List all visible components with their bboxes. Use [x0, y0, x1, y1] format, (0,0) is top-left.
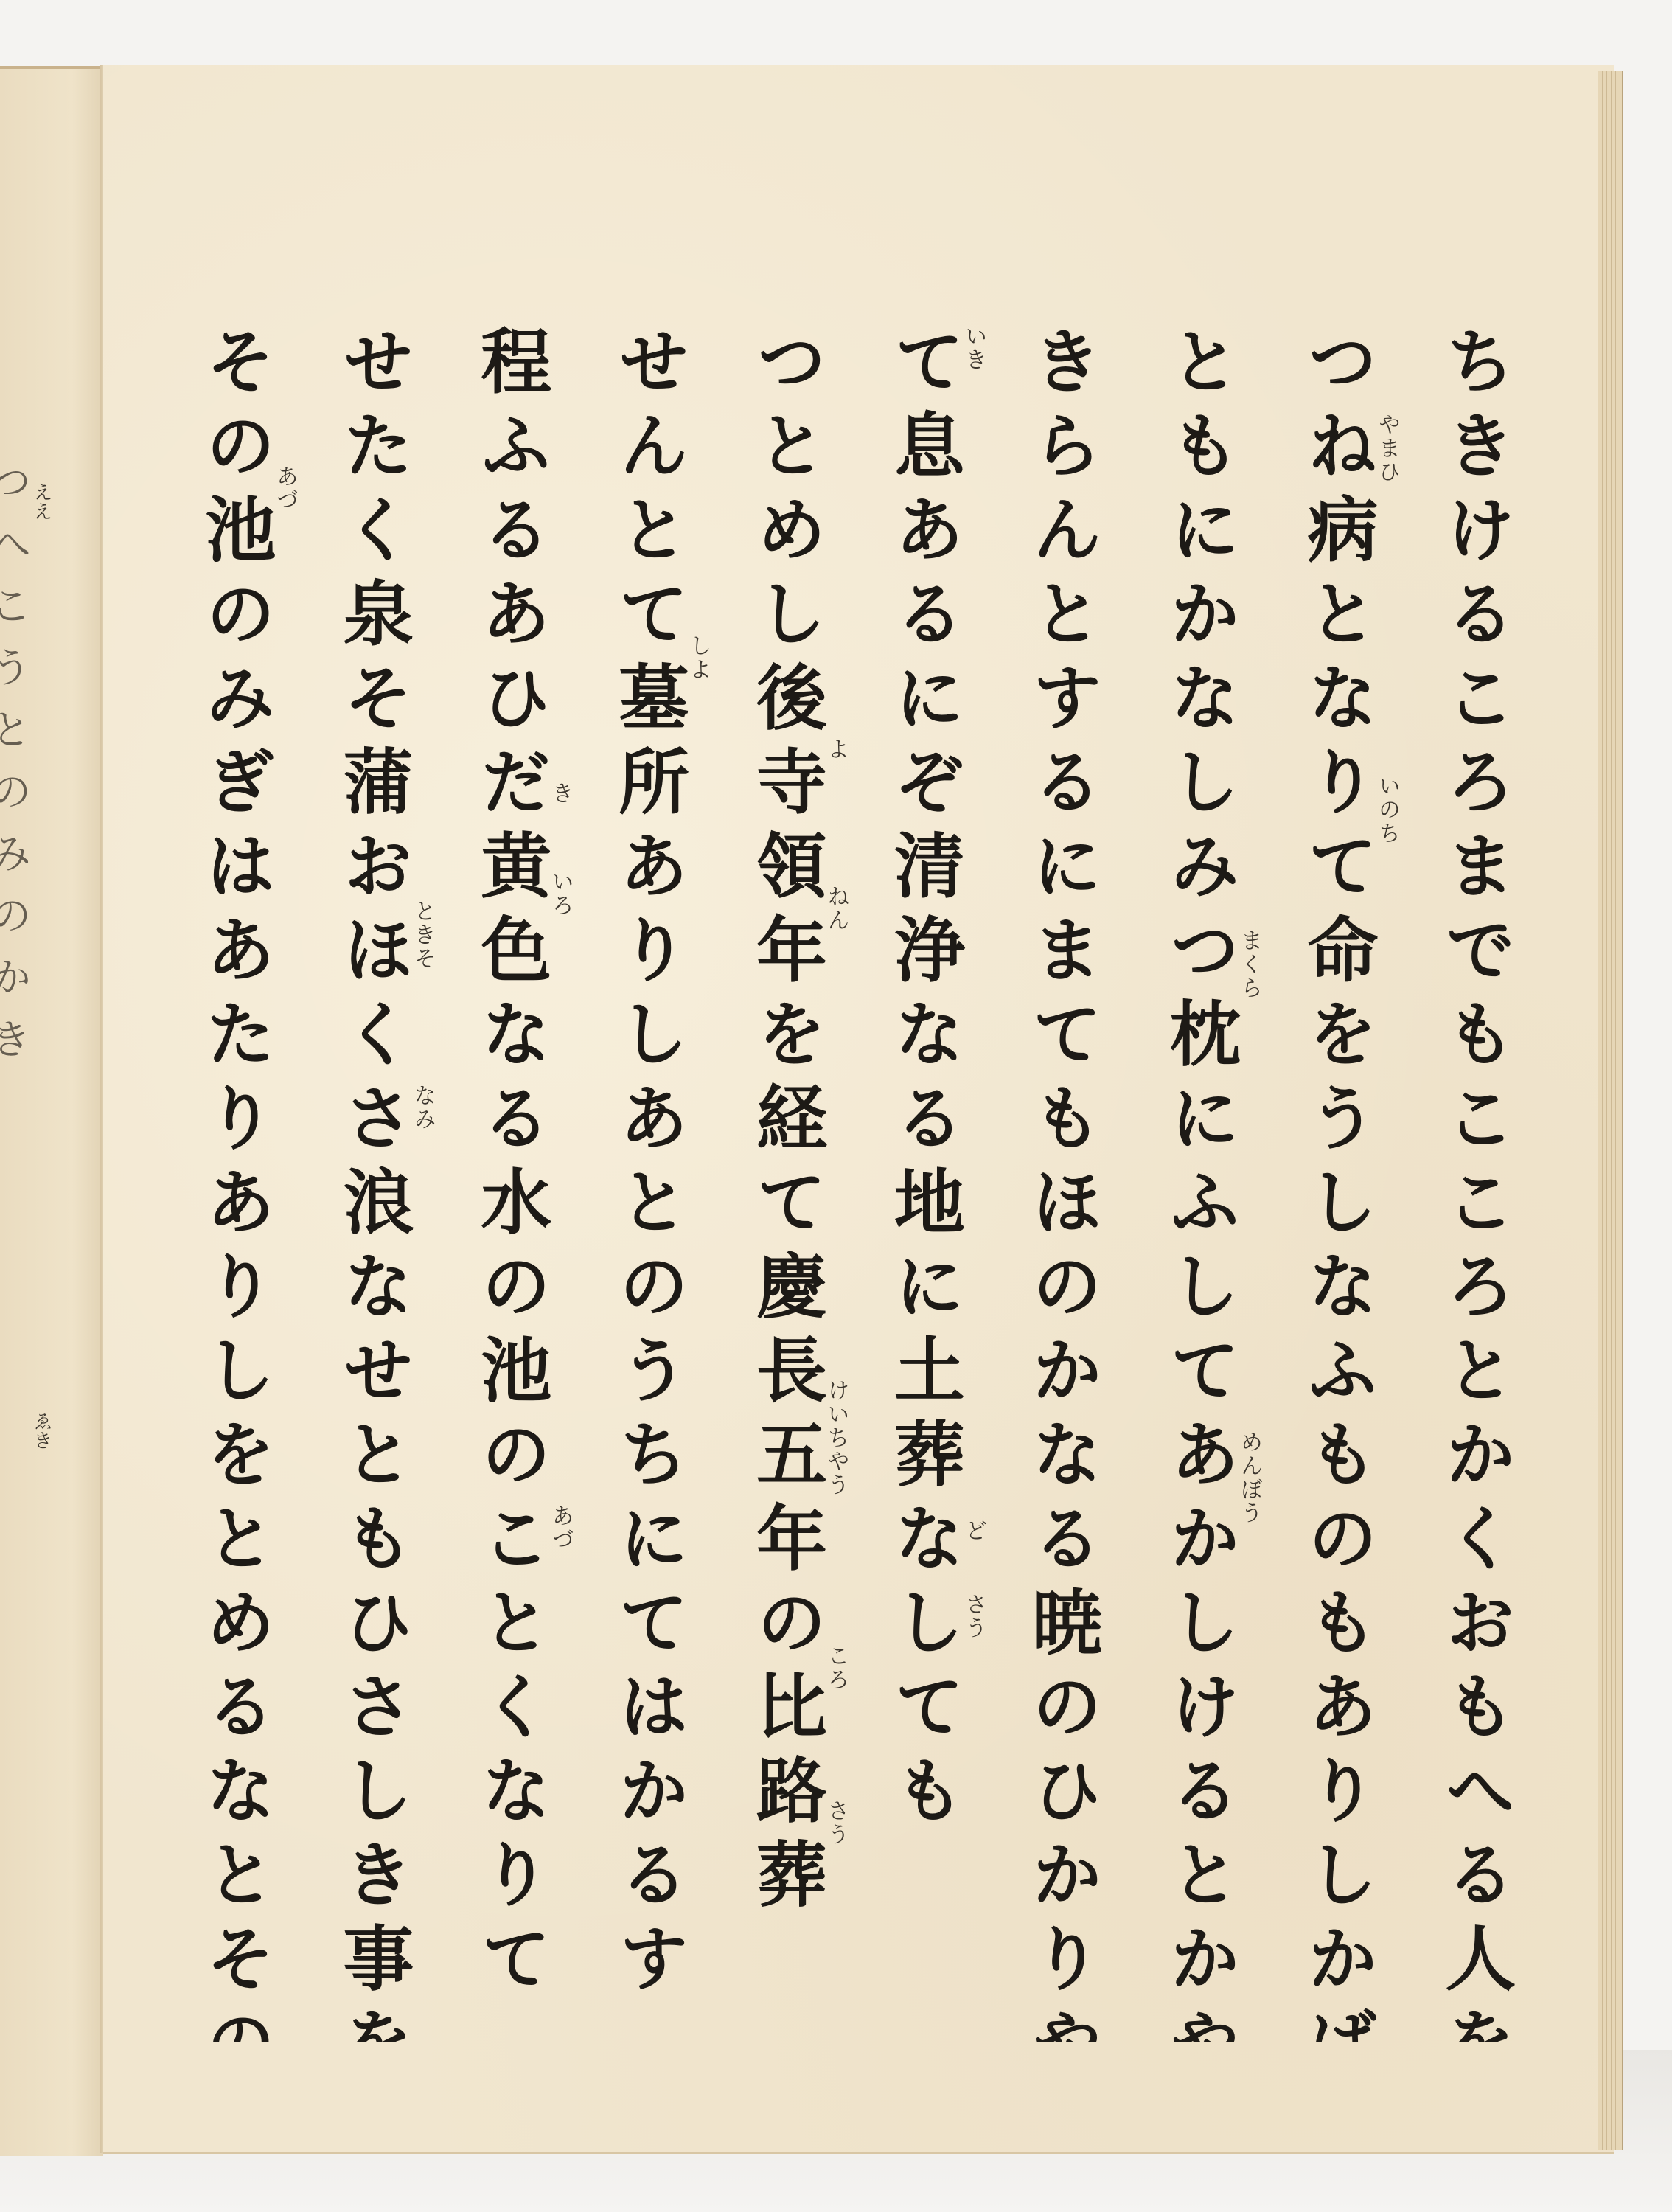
furigana: いき — [957, 324, 989, 372]
furigana: けいちやう — [820, 1379, 852, 1497]
column-text: きらんとするにまてもほのかなる暁のひかりやう — [1018, 324, 1105, 2042]
furigana: ど — [957, 1519, 989, 1543]
furigana: さう — [820, 1799, 852, 1846]
furigana: よ — [820, 737, 852, 761]
furigana: ねん — [820, 885, 852, 932]
column-text: 程ふるあひだ黄色なる水の池のことくなりて — [467, 324, 554, 2042]
furigana: しよ — [682, 634, 714, 681]
furigana: あづ — [268, 465, 301, 512]
furigana: さう — [957, 1593, 989, 1640]
column-text: ともにかなしみつ枕にふしてあかしけるとかや — [1156, 324, 1243, 2042]
text-columns: ちきけるころまでもこころとかくおもへる人をあわれみも つね病となりて命をうしなふ… — [192, 324, 1519, 2042]
text-column-9: せたく泉そ蒲おほくさ浪なせともひさしき事を ときそ なみ — [330, 324, 417, 2042]
text-column-6: つとめし後寺領年を経て慶長五年の比路葬 よ ねん けいちやう ころ さう — [743, 324, 830, 2042]
furigana: まくら — [1233, 929, 1265, 1000]
furigana: ときそ — [406, 900, 439, 970]
furigana: き — [544, 782, 577, 805]
furigana: いのち — [1370, 774, 1403, 845]
text-column-8: 程ふるあひだ黄色なる水の池のことくなりて き いろ あづ — [467, 324, 554, 2042]
furigana: めんぼう — [1233, 1430, 1265, 1525]
column-text: せんとて墓所ありしあとのうちにてはかるす — [605, 324, 692, 2042]
column-text: つね病となりて命をうしなふものもありしかば — [1294, 324, 1381, 2042]
column-text: て息あるにぞ清浄なる地に土葬なしても — [880, 324, 967, 2042]
furigana: なみ — [406, 1084, 439, 1131]
page-edge-stack — [1598, 71, 1623, 2150]
left-page-furigana: ゑき — [28, 1411, 55, 1450]
left-page-text: つへこうとのみのかき — [0, 460, 29, 1079]
text-column-10: その池のみぎはあたりありしをとめるなとその あづ — [192, 324, 279, 2042]
furigana: あづ — [544, 1504, 577, 1551]
column-text: その池のみぎはあたりありしをとめるなとその — [192, 324, 279, 2042]
left-page-furigana: ええ — [28, 482, 55, 521]
text-column-7: せんとて墓所ありしあとのうちにてはかるす しよ — [605, 324, 692, 2042]
text-column-4: きらんとするにまてもほのかなる暁のひかりやう — [1018, 324, 1105, 2042]
left-facing-page: つへこうとのみのかき ええ ゑき — [0, 66, 103, 2156]
text-column-1: ちきけるころまでもこころとかくおもへる人をあわれみも — [1432, 324, 1519, 2042]
column-text: つとめし後寺領年を経て慶長五年の比路葬 — [743, 324, 830, 2042]
furigana: いろ — [544, 870, 577, 917]
furigana: ころ — [820, 1644, 852, 1691]
text-column-5: て息あるにぞ清浄なる地に土葬なしても いき ど さう — [880, 324, 967, 2042]
column-text: せたく泉そ蒲おほくさ浪なせともひさしき事を — [330, 324, 417, 2042]
furigana: やまひ — [1370, 413, 1403, 484]
text-column-3: ともにかなしみつ枕にふしてあかしけるとかや まくら めんぼう — [1156, 324, 1243, 2042]
text-column-2: つね病となりて命をうしなふものもありしかば やまひ いのち — [1294, 324, 1381, 2042]
column-text: ちきけるころまでもこころとかくおもへる人をあわれみも — [1432, 324, 1519, 2042]
